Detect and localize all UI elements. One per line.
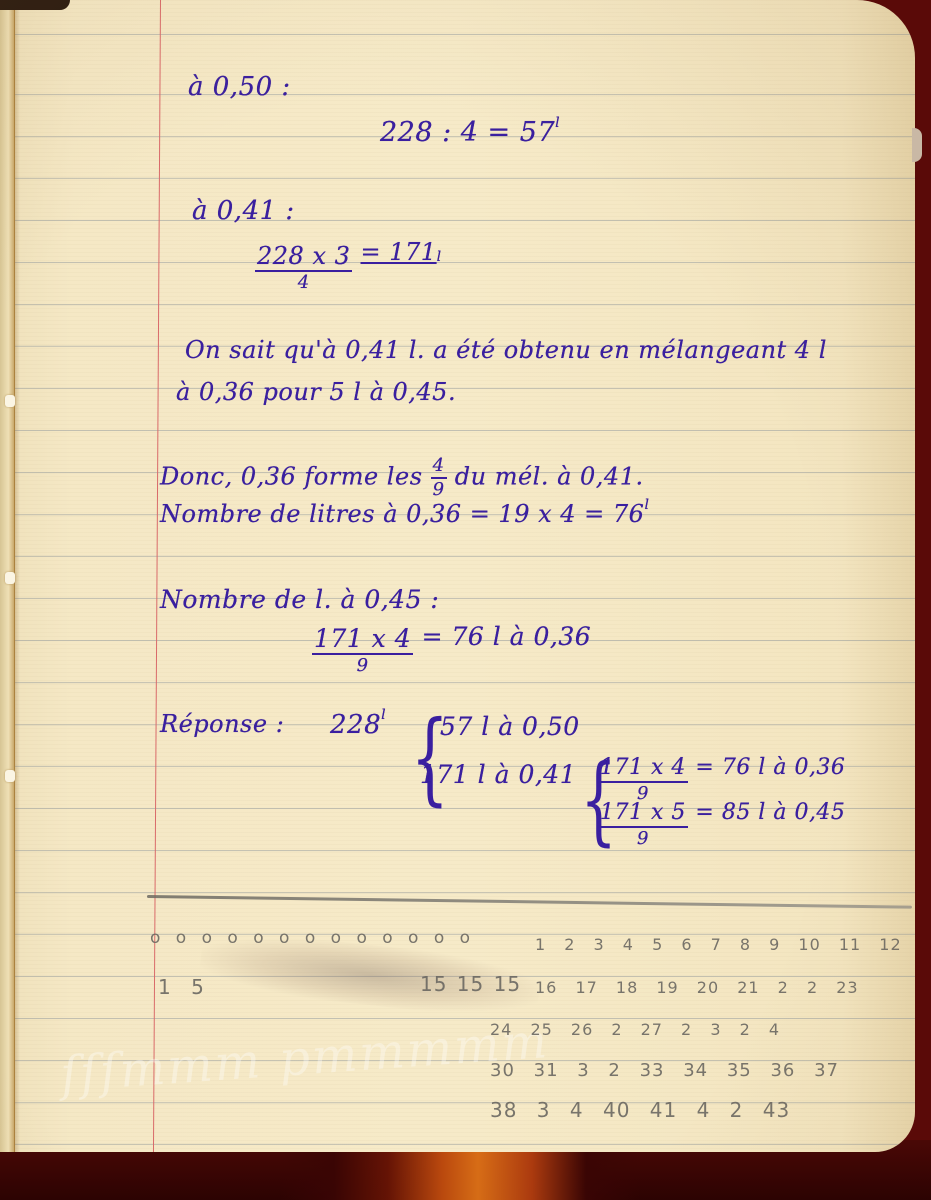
line1-label: à 0,50 : — [188, 72, 291, 102]
answer-total-value: 228 — [330, 710, 381, 740]
pencil-circles: o o o o o o o o o o o o o — [150, 928, 471, 948]
para3-label: Nombre de l. à 0,45 : — [160, 585, 439, 614]
line2-result: = 171 — [361, 238, 437, 266]
pencil-numbers-row2: 16 17 18 19 20 21 2 2 23 — [535, 978, 859, 997]
pencil-numbers-row4: 30 31 3 2 33 34 35 36 37 — [490, 1060, 839, 1081]
fraction: 171 x 59 — [598, 802, 688, 848]
binding-stitch — [5, 770, 15, 782]
para2-line1: Donc, 0,36 forme les 49 du mél. à 0,41. — [160, 457, 644, 499]
page-clip — [912, 128, 922, 162]
binding-stitch — [5, 572, 15, 584]
para3-result: = 76 l à 0,36 — [422, 622, 592, 651]
answer-total: 228l — [330, 710, 386, 740]
para2-line2: Nombre de litres à 0,36 = 19 x 4 = 76l — [160, 500, 649, 528]
answer-sub2: 171 x 59 = 85 l à 0,45 — [598, 800, 845, 848]
pencil-row2-a: 1 5 — [158, 975, 205, 999]
pencil-numbers-row3: 24 25 26 2 27 2 3 2 4 — [490, 1020, 780, 1039]
para2-text-a: Donc, 0,36 forme les — [160, 463, 423, 491]
fraction: 228 x 34 — [255, 244, 352, 292]
pencil-numbers-row1: 1 2 3 4 5 6 7 8 9 10 11 12 13 — [535, 935, 915, 954]
para2-line2-text: Nombre de litres à 0,36 = 19 x 4 = 76 — [160, 500, 644, 528]
unit-liter: l — [644, 497, 649, 513]
fraction: 171 x 49 — [598, 757, 688, 803]
pencil-row2-b: 15 15 15 — [420, 972, 521, 996]
answer-part1: 57 l à 0,50 — [440, 712, 580, 741]
para3-calc: 171 x 49 = 76 l à 0,36 — [312, 622, 591, 675]
line2-label: à 0,41 : — [192, 196, 295, 226]
answer-sub1: 171 x 49 = 76 l à 0,36 — [598, 755, 845, 803]
binding-stitch — [5, 395, 15, 407]
line2-calc: 228 x 34 = 171l — [255, 238, 442, 292]
pencil-numbers-row5: 38 3 4 40 41 4 2 43 — [490, 1098, 790, 1122]
para1-line1: On sait qu'à 0,41 l. a été obtenu en mél… — [185, 336, 827, 364]
unit-liter: l — [437, 249, 442, 265]
answer-part2: 171 l à 0,41 — [420, 760, 576, 789]
para1-line2: à 0,36 pour 5 l à 0,45. — [176, 378, 456, 406]
unit-liter: l — [381, 707, 386, 723]
para2-text-b: du mél. à 0,41. — [455, 463, 644, 491]
fraction: 49 — [431, 457, 447, 499]
corner-shadow — [0, 0, 70, 10]
unit-liter: l — [555, 115, 560, 131]
line1-calc: 228 : 4 = 57l — [380, 117, 560, 148]
answer-sub1-result: = 76 l à 0,36 — [695, 755, 845, 780]
fraction: 171 x 49 — [312, 626, 413, 675]
answer-label: Réponse : — [160, 710, 284, 738]
line1-calc-text: 228 : 4 = 57 — [380, 117, 555, 148]
notebook-page: à 0,50 : 228 : 4 = 57l à 0,41 : 228 x 34… — [0, 0, 915, 1152]
answer-sub2-result: = 85 l à 0,45 — [695, 800, 845, 825]
